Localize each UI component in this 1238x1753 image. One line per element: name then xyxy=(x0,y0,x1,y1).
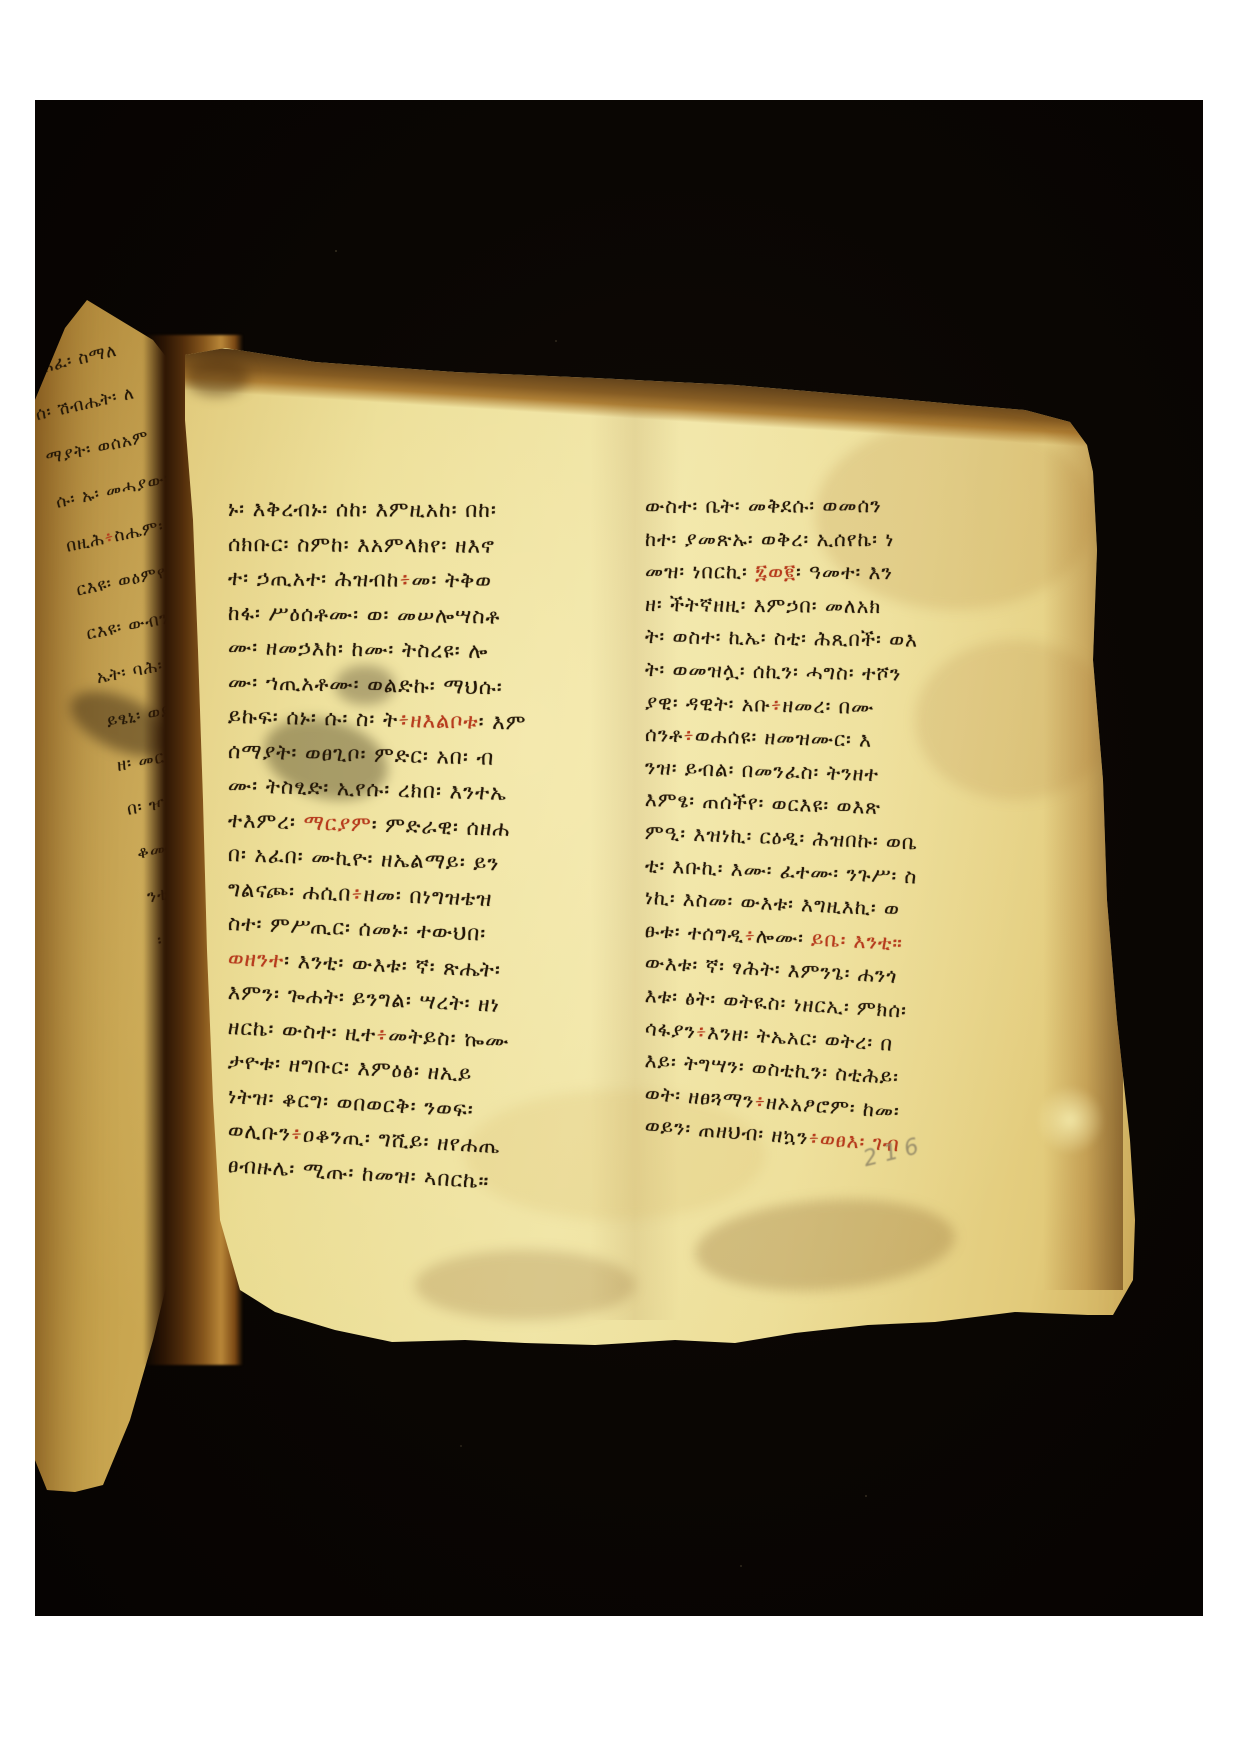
ink-segment: ኑ፡ እቅረብኑ፡ ሰከ፡ እምዚአከ፡ በከ፡ xyxy=(228,497,497,522)
rubric-segment: ፯ወ፪ xyxy=(755,560,796,584)
ink-segment: ሳፋያን xyxy=(644,1016,696,1043)
dark-stain xyxy=(185,358,249,396)
ink-segment: በዚሕ xyxy=(64,529,106,557)
text-line: ተ፡ ኃጢአተ፡ ሕዝብከ፥መ፡ ትቅወ xyxy=(228,561,610,599)
ink-segment: ስተ፡ ምሥጢር፡ ሰመኑ፡ ተውህበ፡ xyxy=(228,911,487,946)
ink-segment: ወሊቡን xyxy=(227,1118,291,1146)
ink-segment: ከተ፡ ያመጽኡ፡ ወቅረ፡ ኢሰየኬ፡ ነ xyxy=(645,527,894,551)
ink-segment: ሎሙ፡ xyxy=(755,923,811,950)
ink-segment: ያዊ፡ ዳዊት፡ አቡ xyxy=(645,690,771,717)
photo-black-background: ወሕፈ፡ ስማለሰ፡ ሽብሔት፡ ለማያት፡ ወሰአምሱ፡ ኡ፡ መሓያው፡በዚ… xyxy=(35,100,1203,1616)
ink-segment: ፁቱ፡ ተሰግዲ xyxy=(644,918,745,947)
text-line: ሰክቡር፡ ስምከ፡ እአምላክየ፡ ዘእኖ xyxy=(228,527,610,564)
ink-segment: ሰክቡር፡ ስምከ፡ እአምላክየ፡ ዘእኖ xyxy=(228,532,495,558)
ink-segment: ወሐሰዩ፡ ዘመዝሙር፡ እ xyxy=(695,723,873,752)
ink-segment: ት፡ ወመዝሏ፡ ሰኪን፡ ሓግስ፡ ተሾን xyxy=(645,657,902,685)
fore-edge-label: TW II xyxy=(985,391,1018,402)
ink-segment: ግልናጮ፡ ሐሲበ xyxy=(228,877,352,906)
bottom-stain xyxy=(415,1250,635,1320)
ink-segment: በ፡ አፈበ፡ ሙኪዮ፡ ዘኤልማይ፡ ይን xyxy=(228,842,500,875)
text-column-2: ውስተ፡ ቤት፡ መቅደሱ፡ ወመሰንከተ፡ ያመጽኡ፡ ወቅረ፡ ኢሰየኬ፡ … xyxy=(645,490,1037,1142)
text-line: ኑ፡ እቅረብኑ፡ ሰከ፡ እምዚአከ፡ በከ፡ xyxy=(228,492,610,528)
ink-segment: ንዝ፡ ይብል፡ በመንፈስ፡ ትንዘተ xyxy=(645,755,880,786)
ink-segment: ወሕፈ፡ ስማለ xyxy=(35,341,119,381)
text-line: ከተ፡ ያመጽኡ፡ ወቅረ፡ ኢሰየኬ፡ ነ xyxy=(645,523,1037,556)
ink-segment: ተ፡ ኃጢአተ፡ ሕዝብከ xyxy=(228,566,400,592)
ink-segment: ሙ፡ ኀጢአቶሙ፡ ወልድኩ፡ ማህሱ፡ xyxy=(228,670,503,699)
rubric-segment: ፥ xyxy=(683,723,695,747)
text-column-1: ኑ፡ እቅረብኑ፡ ሰከ፡ እምዚአከ፡ በከ፡ሰክቡር፡ ስምከ፡ እአምላክ… xyxy=(228,492,610,1182)
rubric-segment: ዘእልቦቱ xyxy=(410,708,479,734)
rubric-segment: ወዘንተ xyxy=(227,946,284,972)
rubric-segment: ፥ xyxy=(398,708,411,732)
text-line: ዘ፡ ችትኛዘዚ፡ እምኃበ፡ መለአክ xyxy=(645,588,1037,624)
ink-segment: ፡ እም xyxy=(478,710,526,735)
text-line: መዝ፡ ነበርኪ፡ ፯ወ፪፡ ዓመተ፡ እን xyxy=(645,555,1037,590)
rubric-segment: ማርያም xyxy=(303,810,372,836)
rubric-segment: ፥ xyxy=(351,881,364,905)
ink-segment: ይኩፍ፡ ሰኑ፡ ሱ፡ ስ፡ ት xyxy=(228,704,399,732)
ink-segment: ት፡ ወስተ፡ ኪኤ፡ ስቲ፡ ሕጺበች፡ ወእ xyxy=(645,624,918,652)
ink-segment: ምዒ፡ እዝነኪ፡ ርዕዲ፡ ሕዝበኩ፡ ወቤ xyxy=(645,820,919,854)
text-line: ት፡ ወስተ፡ ኪኤ፡ ስቲ፡ ሕጺበች፡ ወእ xyxy=(645,620,1037,658)
ink-segment: ከፋ፡ ሥዕሰቶሙ፡ ወ፡ መሠሎሣስቶ xyxy=(228,601,501,629)
text-line: ከፋ፡ ሥዕሰቶሙ፡ ወ፡ መሠሎሣስቶ xyxy=(228,596,610,635)
ink-segment: ፡ ምድራዊ፡ ሰዘሐ xyxy=(371,812,510,840)
manuscript-photo-page: ወሕፈ፡ ስማለሰ፡ ሽብሔት፡ ለማያት፡ ወሰአምሱ፡ ኡ፡ መሓያው፡በዚ… xyxy=(0,0,1238,1753)
ink-segment: ዘመረ፡ በሙ xyxy=(782,693,874,719)
right-page: ኑ፡ እቅረብኑ፡ ሰከ፡ እምዚአከ፡ በከ፡ሰክቡር፡ ስምከ፡ እአምላክ… xyxy=(35,100,1203,1616)
ink-segment: ዘርኬ፡ ውስተ፡ ዚተ xyxy=(227,1015,376,1046)
rubric-segment: ፥ xyxy=(399,568,411,592)
text-line: ውስተ፡ ቤት፡ መቅደሱ፡ ወመሰን xyxy=(645,489,1037,523)
ink-segment: ሙ፡ ትስፂድ፡ ኢየሱ፡ ረክበ፡ እንተኤ xyxy=(228,773,508,805)
ink-segment: ውስተ፡ ቤት፡ መቅደሱ፡ ወመሰን xyxy=(645,493,882,518)
ink-segment: ወት፡ ዘፀጓማን xyxy=(644,1081,755,1113)
ink-segment: ፡ እንቲ፡ ውእቱ፡ ኛ፡ ጽሔት፡ xyxy=(284,948,502,982)
ink-segment: ዘኦአፆሮም፡ ከመ፡ xyxy=(765,1089,900,1123)
ink-segment: ሰማያት፡ ወፀጊቦ፡ ምድር፡ አበ፡ ብ xyxy=(228,739,495,770)
ink-segment: ሰ፡ ሽብሔት፡ ለ xyxy=(35,383,136,425)
ink-segment: ተእምረ፡ xyxy=(228,808,304,834)
dust-specks xyxy=(35,100,37,102)
text-line: ሙ፡ ዘመኃእከ፡ ከሙ፡ ትስረዩ፡ ሎ xyxy=(228,630,611,671)
bottom-stain xyxy=(692,1191,958,1299)
light-patch xyxy=(1035,1085,1105,1155)
ink-segment: ሙ፡ ዘመኃእከ፡ ከሙ፡ ትስረዩ፡ ሎ xyxy=(228,635,489,663)
ink-segment: እምፄ፡ ጠሰችየ፡ ወርእዩ፡ ወእጽ xyxy=(645,787,882,819)
ink-segment: መ፡ ትቅወ xyxy=(411,568,492,593)
rubric-segment: ይቤ፡ እንቲ። xyxy=(811,926,904,955)
ink-segment: ዘ፡ ችትኛዘዚ፡ እምኃበ፡ መለአክ xyxy=(645,592,881,618)
ink-segment: መትይስ፡ ኰሙ xyxy=(388,1023,510,1053)
ink-segment: ዘመ፡ በነግዝቴዝ xyxy=(363,882,493,911)
ink-segment: ሰንቶ xyxy=(645,722,684,747)
ink-segment: መዝ፡ ነበርኪ፡ xyxy=(645,559,755,584)
ink-segment: ዐቆንጢ፡ ግሺይ፡ ዘየሐጤ xyxy=(302,1123,501,1159)
ink-segment: ፡ ዓመተ፡ እን xyxy=(796,560,893,584)
